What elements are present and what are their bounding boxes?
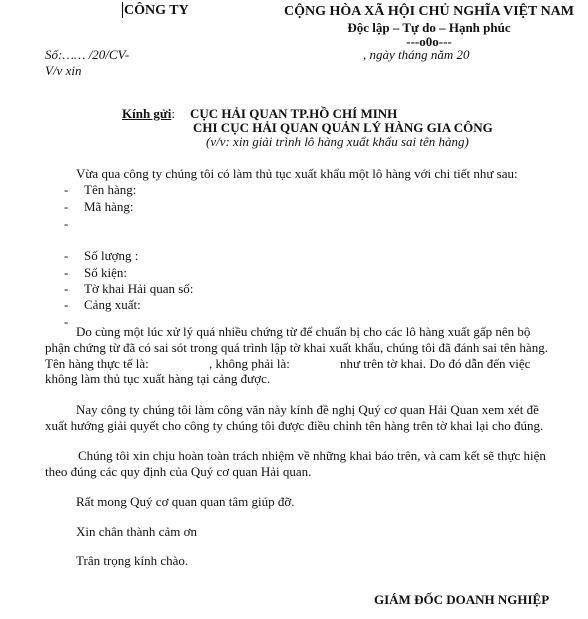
para2-line1: Nay công ty chúng tôi làm công văn này k… — [76, 402, 539, 417]
bullet-ten-hang: Tên hàng: — [84, 182, 136, 197]
para1-line2: phận chứng từ đã có sai sót trong quá tr… — [45, 340, 548, 355]
para1-line3b: , không phải là: — [209, 356, 290, 371]
bullet-dash: - — [64, 182, 68, 197]
company-name: CÔNG TY — [124, 3, 189, 18]
bullet-dash: - — [64, 297, 68, 312]
para3-line1: Chúng tôi xin chịu hoàn toàn trách nhiệm… — [78, 448, 546, 463]
document-number: Số:…… /20/CV- — [45, 47, 129, 62]
intro-paragraph: Vừa qua công ty chúng tôi có làm thủ tục… — [76, 166, 518, 181]
para1-line1: Do cùng một lúc xử lý quá nhiều chứng từ… — [76, 324, 530, 339]
text-cursor — [122, 2, 123, 18]
bullet-dash: - — [64, 281, 68, 296]
bullet-so-kien: Số kiện: — [84, 265, 127, 280]
para1-line3a: Tên hàng thực tế là: — [45, 356, 149, 371]
para1-line4: không làm thủ tục xuất hàng tại cảng đượ… — [45, 371, 270, 386]
bullet-dash: - — [64, 216, 68, 231]
recipient-line-2: CHI CỤC HẢI QUAN QUẢN LÝ HÀNG GIA CÔNG — [193, 120, 493, 135]
bullet-cang-xuat: Cảng xuất: — [84, 297, 141, 312]
closing-request: Rất mong Quý cơ quan quan tâm giúp đỡ. — [76, 494, 294, 509]
recipient-label-text: Kính gửi — [122, 106, 171, 121]
subject-reference: V/v xin — [45, 63, 81, 78]
bullet-to-khai: Tờ khai Hải quan số: — [84, 281, 193, 296]
bullet-ma-hang: Mã hàng: — [84, 199, 133, 214]
bullet-dash: - — [64, 265, 68, 280]
nation-title: CỘNG HÒA XÃ HỘI CHỦ NGHĨA VIỆT NAM — [270, 3, 588, 20]
para3-line2: theo đúng các quy định của Quý cơ quan H… — [45, 464, 311, 479]
recipient-line-1: CỤC HẢI QUAN TP.HỒ CHÍ MINH — [190, 106, 397, 121]
bullet-dash: - — [64, 248, 68, 263]
closing-thanks: Xin chân thành cảm ơn — [76, 524, 197, 539]
para2-line2: xuất hướng giải quyết cho công ty chúng … — [45, 418, 543, 433]
bullet-dash: - — [64, 199, 68, 214]
bullet-dash: - — [64, 314, 68, 329]
recipient-label: Kính gửi: — [122, 106, 175, 121]
para1-line3c: như trên tờ khai. Do đó dẫn đến việc — [340, 356, 530, 371]
recipient-colon: : — [171, 106, 175, 121]
closing-regards: Trân trọng kính chào. — [76, 553, 188, 568]
bullet-so-luong: Số lượng : — [84, 248, 138, 263]
signature-title: GIÁM ĐỐC DOANH NGHIỆP — [374, 592, 549, 607]
date-line: , ngày tháng năm 20 — [363, 47, 470, 62]
recipient-subject: (v/v: xin giải trình lô hàng xuất khẩu s… — [206, 134, 469, 149]
